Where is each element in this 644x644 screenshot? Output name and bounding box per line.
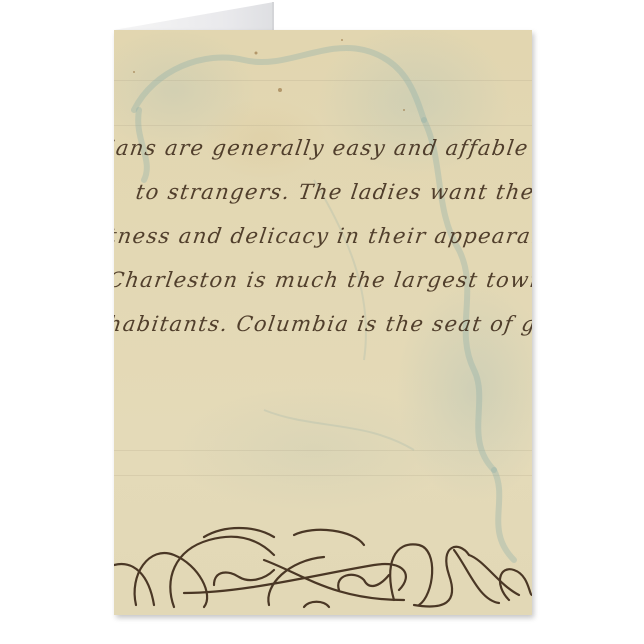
card-back-flap xyxy=(114,2,274,30)
card-fold-edge xyxy=(272,2,274,30)
manuscript-line: ians are generally easy and affable in t… xyxy=(114,136,532,160)
manuscript-line: Charleston is much the largest town in t… xyxy=(114,268,532,292)
card-front: ians are generally easy and affable in t… xyxy=(114,30,532,615)
card-mockup: ians are generally easy and affable in t… xyxy=(0,0,644,644)
manuscript-line: to strangers. The ladies want the bloom … xyxy=(134,180,532,204)
manuscript-line: habitants. Columbia is the seat of gov xyxy=(114,312,532,336)
manuscript-line: tness and delicacy in their appearance a… xyxy=(114,224,532,248)
calligraphic-flourish-icon xyxy=(114,515,532,615)
